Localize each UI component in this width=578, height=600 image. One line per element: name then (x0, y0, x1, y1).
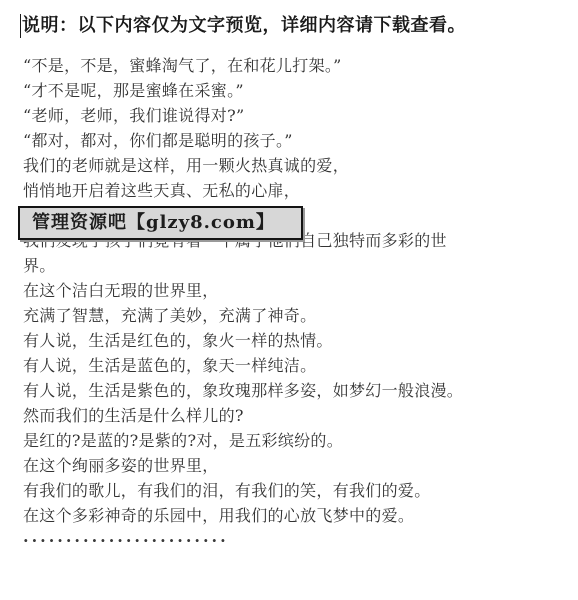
text-line: 在这个多彩神奇的乐园中，用我们的心放飞梦中的爱。 (23, 503, 570, 528)
text-line: 悄悄地开启着这些天真、无私的心扉， (23, 178, 570, 203)
preview-text: “不是，不是，蜜蜂淘气了，在和花儿打架。” “才不是呢，那是蜜蜂在采蜜。” “老… (23, 53, 570, 553)
notice-header: 说明：以下内容仅为文字预览，详细内容请下载查看。 (22, 13, 568, 39)
text-cursor (20, 14, 21, 38)
text-line: “才不是呢，那是蜜蜂在采蜜。” (23, 78, 570, 103)
text-line: 有人说，生活是蓝色的，象天一样纯洁。 (23, 353, 570, 378)
text-line: 在这个绚丽多姿的世界里， (23, 453, 570, 478)
text-line: 我们的老师就是这样，用一颗火热真诚的爱， (23, 153, 570, 178)
text-line: 有人说，生活是紫色的，象玫瑰那样多姿，如梦幻一般浪漫。 (23, 378, 570, 403)
text-line: 有人说，生活是红色的，象火一样的热情。 (23, 328, 570, 353)
text-line: “都对，都对，你们都是聪明的孩子。” (23, 128, 570, 153)
text-line: “老师，老师，我们谁说得对?” (23, 103, 570, 128)
preview-page: 说明：以下内容仅为文字预览，详细内容请下载查看。 “不是，不是，蜜蜂淘气了，在和… (0, 0, 578, 600)
page-title: 说明：以下内容仅为文字预览，详细内容请下载查看。 (22, 13, 568, 39)
text-line: 充满了智慧，充满了美妙，充满了神奇。 (23, 303, 570, 328)
ellipsis-line: ························ (23, 528, 570, 553)
text-line: 是红的?是蓝的?是紫的?对，是五彩缤纷的。 (23, 428, 570, 453)
text-line: 然而我们的生活是什么样儿的? (23, 403, 570, 428)
text-line: 在这个洁白无瑕的世界里， (23, 278, 570, 303)
text-line: 界。 (23, 253, 570, 278)
text-line: “不是，不是，蜜蜂淘气了，在和花儿打架。” (23, 53, 570, 78)
watermark-badge[interactable]: 管理资源吧【glzy8.com】 (18, 206, 303, 240)
text-line: 有我们的歌儿，有我们的泪，有我们的笑，有我们的爱。 (23, 478, 570, 503)
